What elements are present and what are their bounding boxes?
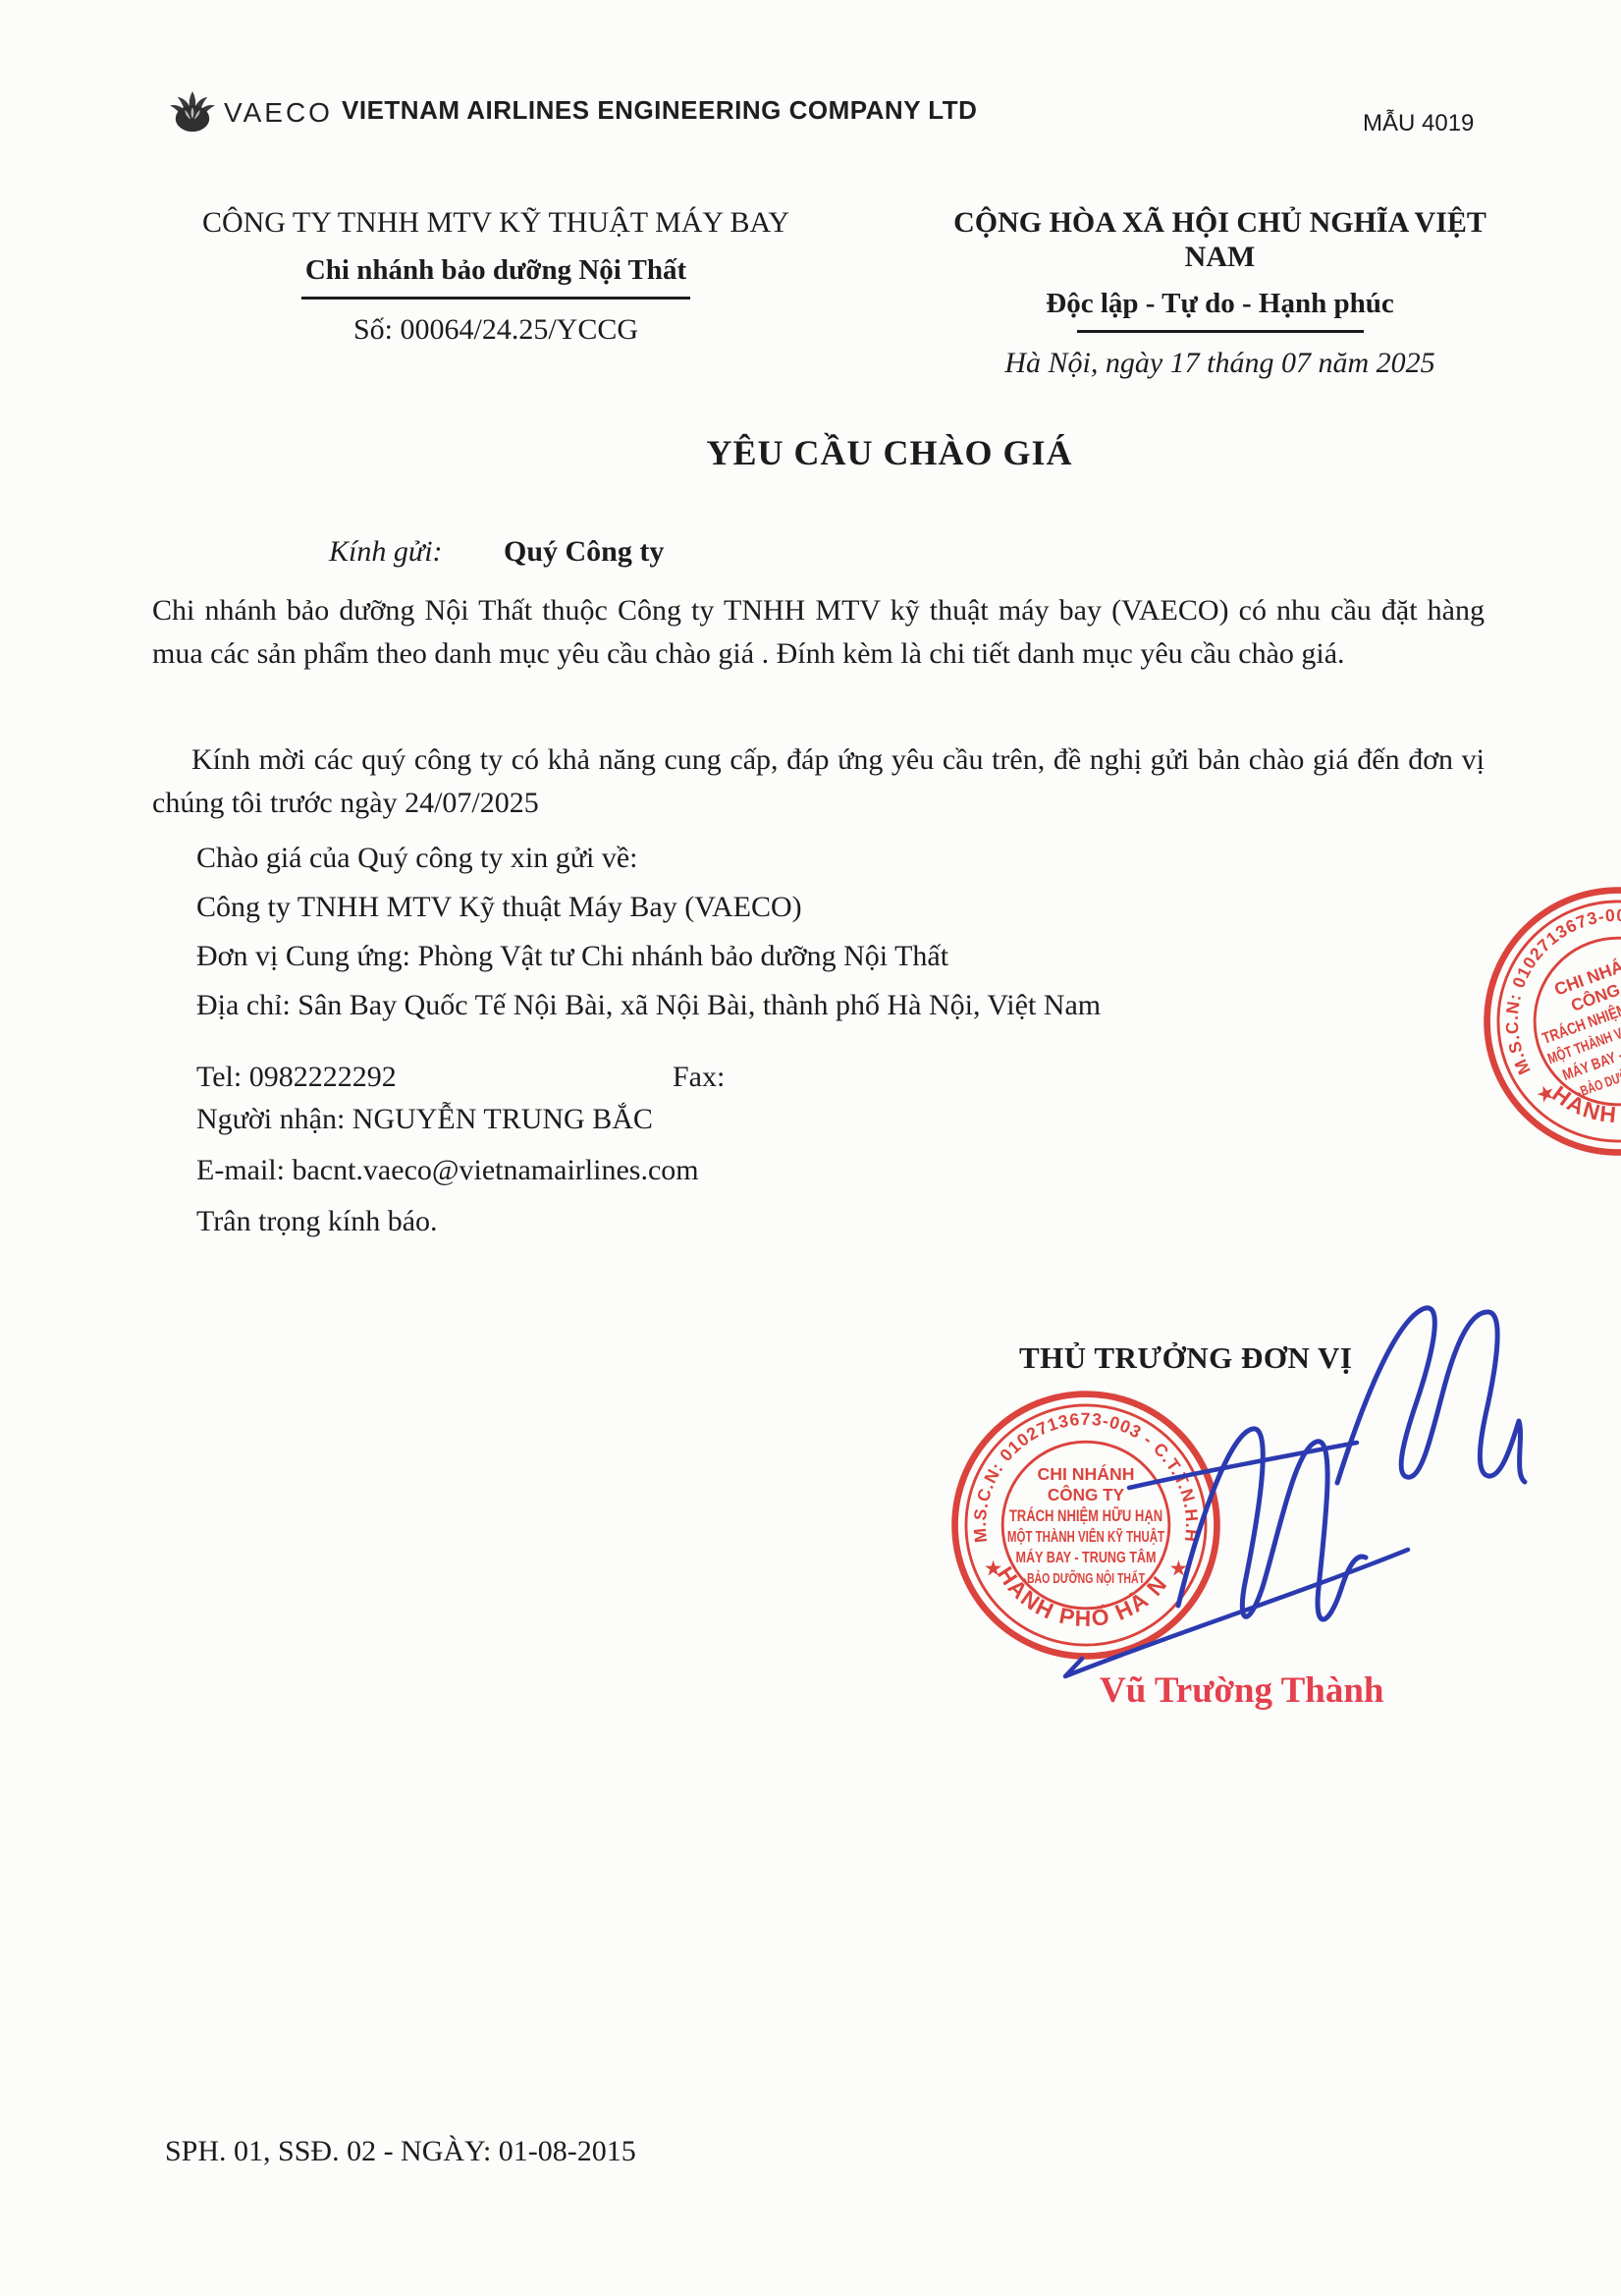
national-motto-line1: CỘNG HÒA XÃ HỘI CHỦ NGHĨA VIỆT NAM <box>928 206 1512 274</box>
closing-line: Trân trọng kính báo. <box>196 1200 438 1243</box>
letterhead-right: CỘNG HÒA XÃ HỘI CHỦ NGHĨA VIỆT NAM Độc l… <box>928 206 1512 381</box>
send-to-company: Công ty TNHH MTV Kỹ thuật Máy Bay (VAECO… <box>196 886 802 929</box>
address-line: Địa chỉ: Sân Bay Quốc Tế Nội Bài, xã Nội… <box>196 984 1101 1027</box>
supply-unit-line: Đơn vị Cung ứng: Phòng Vật tư Chi nhánh … <box>196 935 948 978</box>
letterhead-left-rule <box>301 297 690 300</box>
paragraph-2: Kính mời các quý công ty có khả năng cun… <box>152 738 1485 825</box>
document-number: Số: 00064/24.25/YCCG <box>201 313 790 348</box>
place-date-line: Hà Nội, ngày 17 tháng 07 năm 2025 <box>928 347 1512 381</box>
paragraph-1: Chi nhánh bảo dưỡng Nội Thất thuộc Công … <box>152 589 1485 676</box>
national-motto-line2: Độc lập - Tự do - Hạnh phúc <box>928 288 1512 320</box>
form-number: MẪU 4019 <box>1363 110 1474 137</box>
company-name-english: VIETNAM AIRLINES ENGINEERING COMPANY LTD <box>342 95 977 126</box>
signer-name: Vũ Trường Thành <box>1100 1669 1384 1712</box>
send-to-intro: Chào giá của Quý công ty xin gửi về: <box>196 837 638 880</box>
vaeco-logo-icon <box>169 90 216 134</box>
document-title: YÊU CẦU CHÀO GIÁ <box>706 432 1072 473</box>
branch-name: Chi nhánh bảo dưỡng Nội Thất <box>201 254 790 287</box>
tel-line: Tel: 0982222292 <box>196 1056 397 1099</box>
email-line: E-mail: bacnt.vaeco@vietnamairlines.com <box>196 1149 699 1192</box>
letterhead-left: CÔNG TY TNHH MTV KỸ THUẬT MÁY BAY Chi nh… <box>201 206 790 347</box>
company-seal-partial: M.S.C.N: 0102713673-003 - C.T.T.N.H.H TH… <box>1438 842 1621 1202</box>
salutation-recipient: Quý Công ty <box>504 530 664 574</box>
salutation-label: Kính gửi: <box>329 530 443 574</box>
scanned-letter-page: VAECO VIETNAM AIRLINES ENGINEERING COMPA… <box>0 0 1621 2296</box>
recipient-line: Người nhận: NGUYỄN TRUNG BẮC <box>196 1098 653 1141</box>
fax-line: Fax: <box>673 1056 725 1099</box>
handwritten-signature <box>1041 1282 1551 1694</box>
vaeco-logo-text: VAECO <box>224 97 333 129</box>
letterhead-right-rule <box>1077 330 1364 333</box>
seal-star-left-icon: ★ <box>985 1559 1001 1580</box>
company-name-vn: CÔNG TY TNHH MTV KỸ THUẬT MÁY BAY <box>201 206 790 241</box>
footer-reference: SPH. 01, SSĐ. 02 - NGÀY: 01-08-2015 <box>165 2135 636 2168</box>
